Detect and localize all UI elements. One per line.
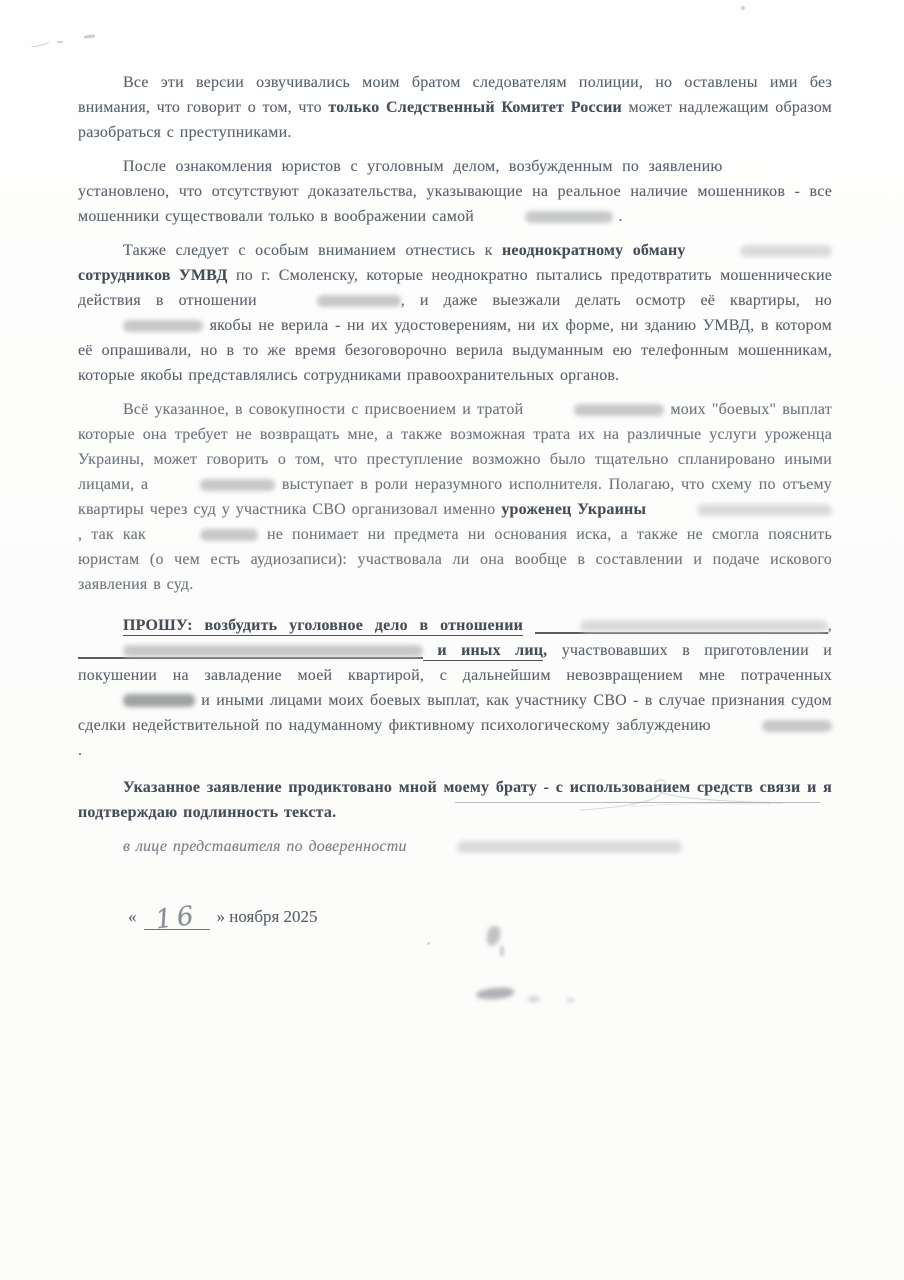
text-segment: Также следует с особым вниманием отнести… <box>123 242 502 259</box>
scan-smudge <box>566 998 575 1002</box>
text-segment: уроженец Украины <box>501 501 646 518</box>
redacted-text <box>732 159 832 171</box>
redaction-blob <box>317 295 401 307</box>
redacted-text <box>652 502 832 514</box>
redaction-blob <box>200 529 258 541</box>
date-text: ноября 2025 <box>229 907 317 926</box>
paragraph-lawyers-review: После ознакомления юристов с уголовным д… <box>78 154 832 229</box>
redacted-text <box>155 477 275 489</box>
text-segment: Всё указанное, в совокупности с присвоен… <box>123 401 529 418</box>
redaction-blob <box>200 479 275 491</box>
signature-stroke <box>570 770 790 815</box>
pencil-mark <box>84 34 95 39</box>
scan-smudge <box>528 996 540 1002</box>
redaction-blob <box>525 211 613 223</box>
paragraph-request: ПРОШУ: возбудить уголовное дело в отноше… <box>78 613 832 763</box>
text-segment: только Следственный Комитет России <box>328 99 622 116</box>
redacted-text <box>412 839 682 851</box>
text-segment: , <box>828 617 832 634</box>
text-segment: в лице представителя по доверенности <box>123 838 407 855</box>
redacted-text <box>78 692 195 705</box>
redaction-blob <box>740 245 832 257</box>
text-segment: , так как <box>78 526 155 543</box>
text-segment: и иных лиц <box>423 642 543 661</box>
redacted-text <box>535 618 828 634</box>
redaction-blob <box>777 161 832 173</box>
close-guillemet: » <box>217 907 226 926</box>
redacted-text <box>155 527 258 539</box>
date-line: «16» ноября 2025 <box>78 899 832 930</box>
redacted-text <box>272 293 401 305</box>
redacted-text <box>695 243 832 255</box>
redaction-blob <box>697 504 832 516</box>
text-segment <box>523 617 535 634</box>
scan-dot <box>741 6 745 10</box>
redaction-blob <box>457 841 682 853</box>
scan-smudge <box>476 986 515 1000</box>
pencil-mark <box>29 36 50 49</box>
scan-smudge <box>500 946 504 956</box>
paragraph-umvd-deception: Также следует с особым вниманием отнести… <box>78 238 832 388</box>
handwritten-day-slot: 16 <box>144 899 210 930</box>
redacted-text <box>529 402 664 414</box>
redacted-text <box>480 209 613 221</box>
paragraph-scheme-conclusion: Всё указанное, в совокупности с присвоен… <box>78 397 832 597</box>
text-segment: . <box>78 742 82 759</box>
text-segment: сотрудников УМВД <box>78 267 228 284</box>
scanned-page: Все эти версии озвучивались моим братом … <box>0 0 904 1280</box>
text-segment: , и даже выезжали делать осмотр её кварт… <box>401 292 832 309</box>
text-segment: неоднократному обману <box>502 242 686 259</box>
text-segment: . <box>613 208 623 225</box>
open-guillemet: « <box>128 907 137 926</box>
redacted-text <box>78 318 203 330</box>
text-segment: После ознакомления юристов с уголовным д… <box>123 158 732 175</box>
pencil-mark <box>57 41 63 43</box>
redacted-text <box>78 643 423 659</box>
scan-dot <box>427 942 430 945</box>
redaction-blob <box>123 694 195 707</box>
redaction-blob <box>762 720 832 732</box>
redacted-text <box>717 718 832 730</box>
handwritten-day: 16 <box>154 900 200 935</box>
text-segment <box>686 242 695 259</box>
redaction-blob <box>574 404 664 416</box>
redaction-blob <box>123 320 203 332</box>
redaction-blob <box>123 645 423 657</box>
redaction-blob <box>580 620 828 632</box>
text-segment: ПРОШУ: возбудить уголовное дело в отноше… <box>123 617 523 636</box>
text-segment: установлено, что отсутствуют доказательс… <box>78 183 832 225</box>
paragraph-versions: Все эти версии озвучивались моим братом … <box>78 70 832 145</box>
attorney-line: в лице представителя по доверенности <box>78 834 832 859</box>
